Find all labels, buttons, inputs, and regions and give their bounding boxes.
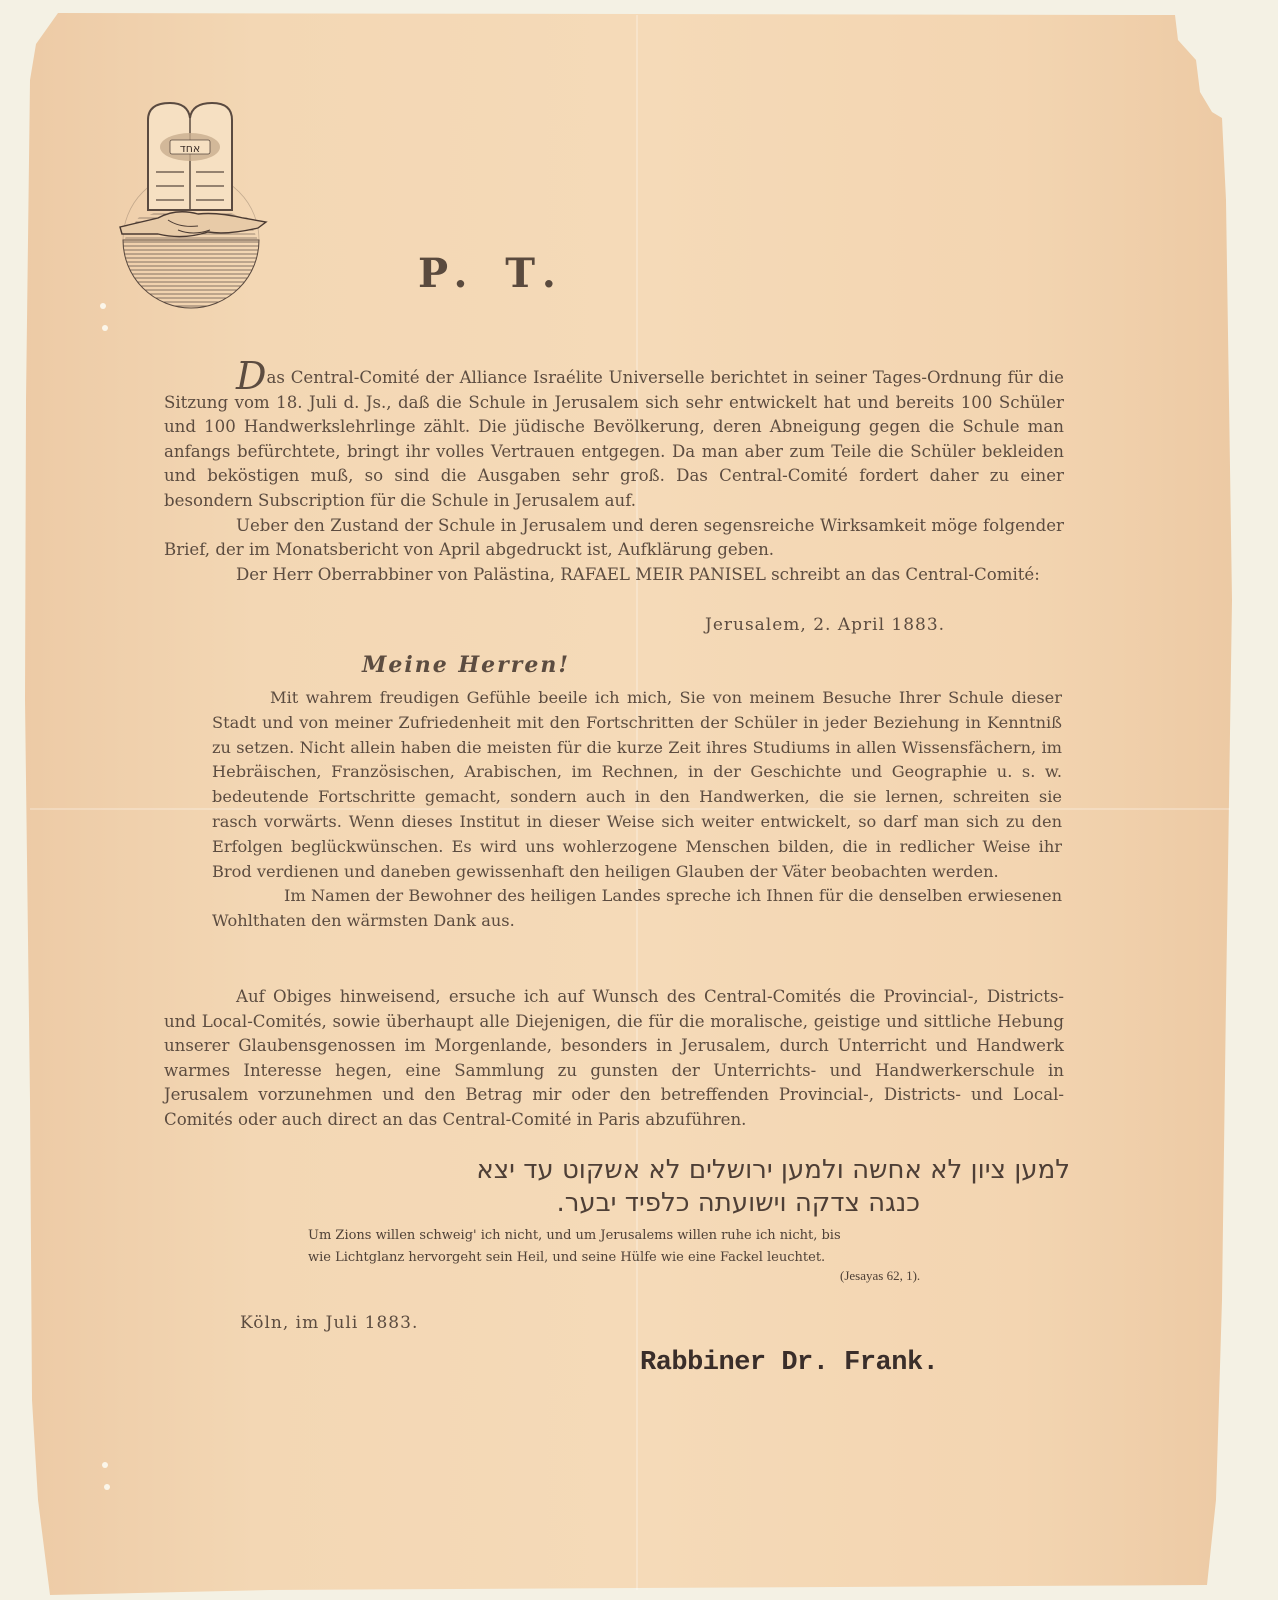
binding-hole bbox=[102, 1462, 108, 1468]
intro-section: Das Central-Comité der Alliance Israélit… bbox=[164, 366, 1064, 587]
letter-body: Mit wahrem freudigen Gefühle beeile ich … bbox=[212, 686, 1062, 934]
verse-reference: (Jesayas 62, 1). bbox=[840, 1268, 920, 1284]
binding-hole bbox=[100, 303, 106, 309]
svg-text:אחד: אחד bbox=[180, 142, 201, 155]
hebrew-verse-line-1: למען ציון לא אחשה ולמען ירושלים לא אשקוט… bbox=[300, 1155, 1070, 1185]
tablets-handshake-globe-icon: אחד bbox=[118, 100, 268, 310]
signature: Rabbiner Dr. Frank. bbox=[640, 1348, 938, 1378]
intro-paragraph-2: Ueber den Zustand der Schule in Jerusale… bbox=[164, 514, 1064, 563]
intro-paragraph-3: Der Herr Oberrabbiner von Palästina, RAF… bbox=[164, 563, 1064, 588]
place-date: Köln, im Juli 1883. bbox=[240, 1313, 418, 1333]
german-verse-line-1: Um Zions willen schweig' ich nicht, und … bbox=[308, 1225, 908, 1247]
salutation-header: P. T. bbox=[418, 250, 568, 297]
letter-dateline: Jerusalem, 2. April 1883. bbox=[705, 615, 945, 635]
binding-hole bbox=[102, 325, 108, 331]
letter-paragraph-1: Mit wahrem freudigen Gefühle beeile ich … bbox=[212, 686, 1062, 884]
appeal-section: Auf Obiges hinweisend, ersuche ich auf W… bbox=[164, 985, 1064, 1133]
letter-greeting: Meine Herren! bbox=[362, 652, 570, 678]
letter-paragraph-2: Im Namen der Bewohner des heiligen Lande… bbox=[212, 884, 1062, 934]
binding-hole bbox=[104, 1484, 110, 1490]
alliance-emblem: אחד bbox=[118, 100, 268, 310]
german-verse-line-2: wie Lichtglanz hervorgeht sein Heil, und… bbox=[308, 1247, 908, 1269]
drop-cap: D bbox=[236, 354, 266, 398]
appeal-paragraph: Auf Obiges hinweisend, ersuche ich auf W… bbox=[164, 985, 1064, 1133]
hebrew-verse-line-2: כנגה צדקה וישועתה כלפיד יבער. bbox=[300, 1188, 920, 1218]
intro-paragraph-1: Das Central-Comité der Alliance Israélit… bbox=[164, 366, 1064, 514]
